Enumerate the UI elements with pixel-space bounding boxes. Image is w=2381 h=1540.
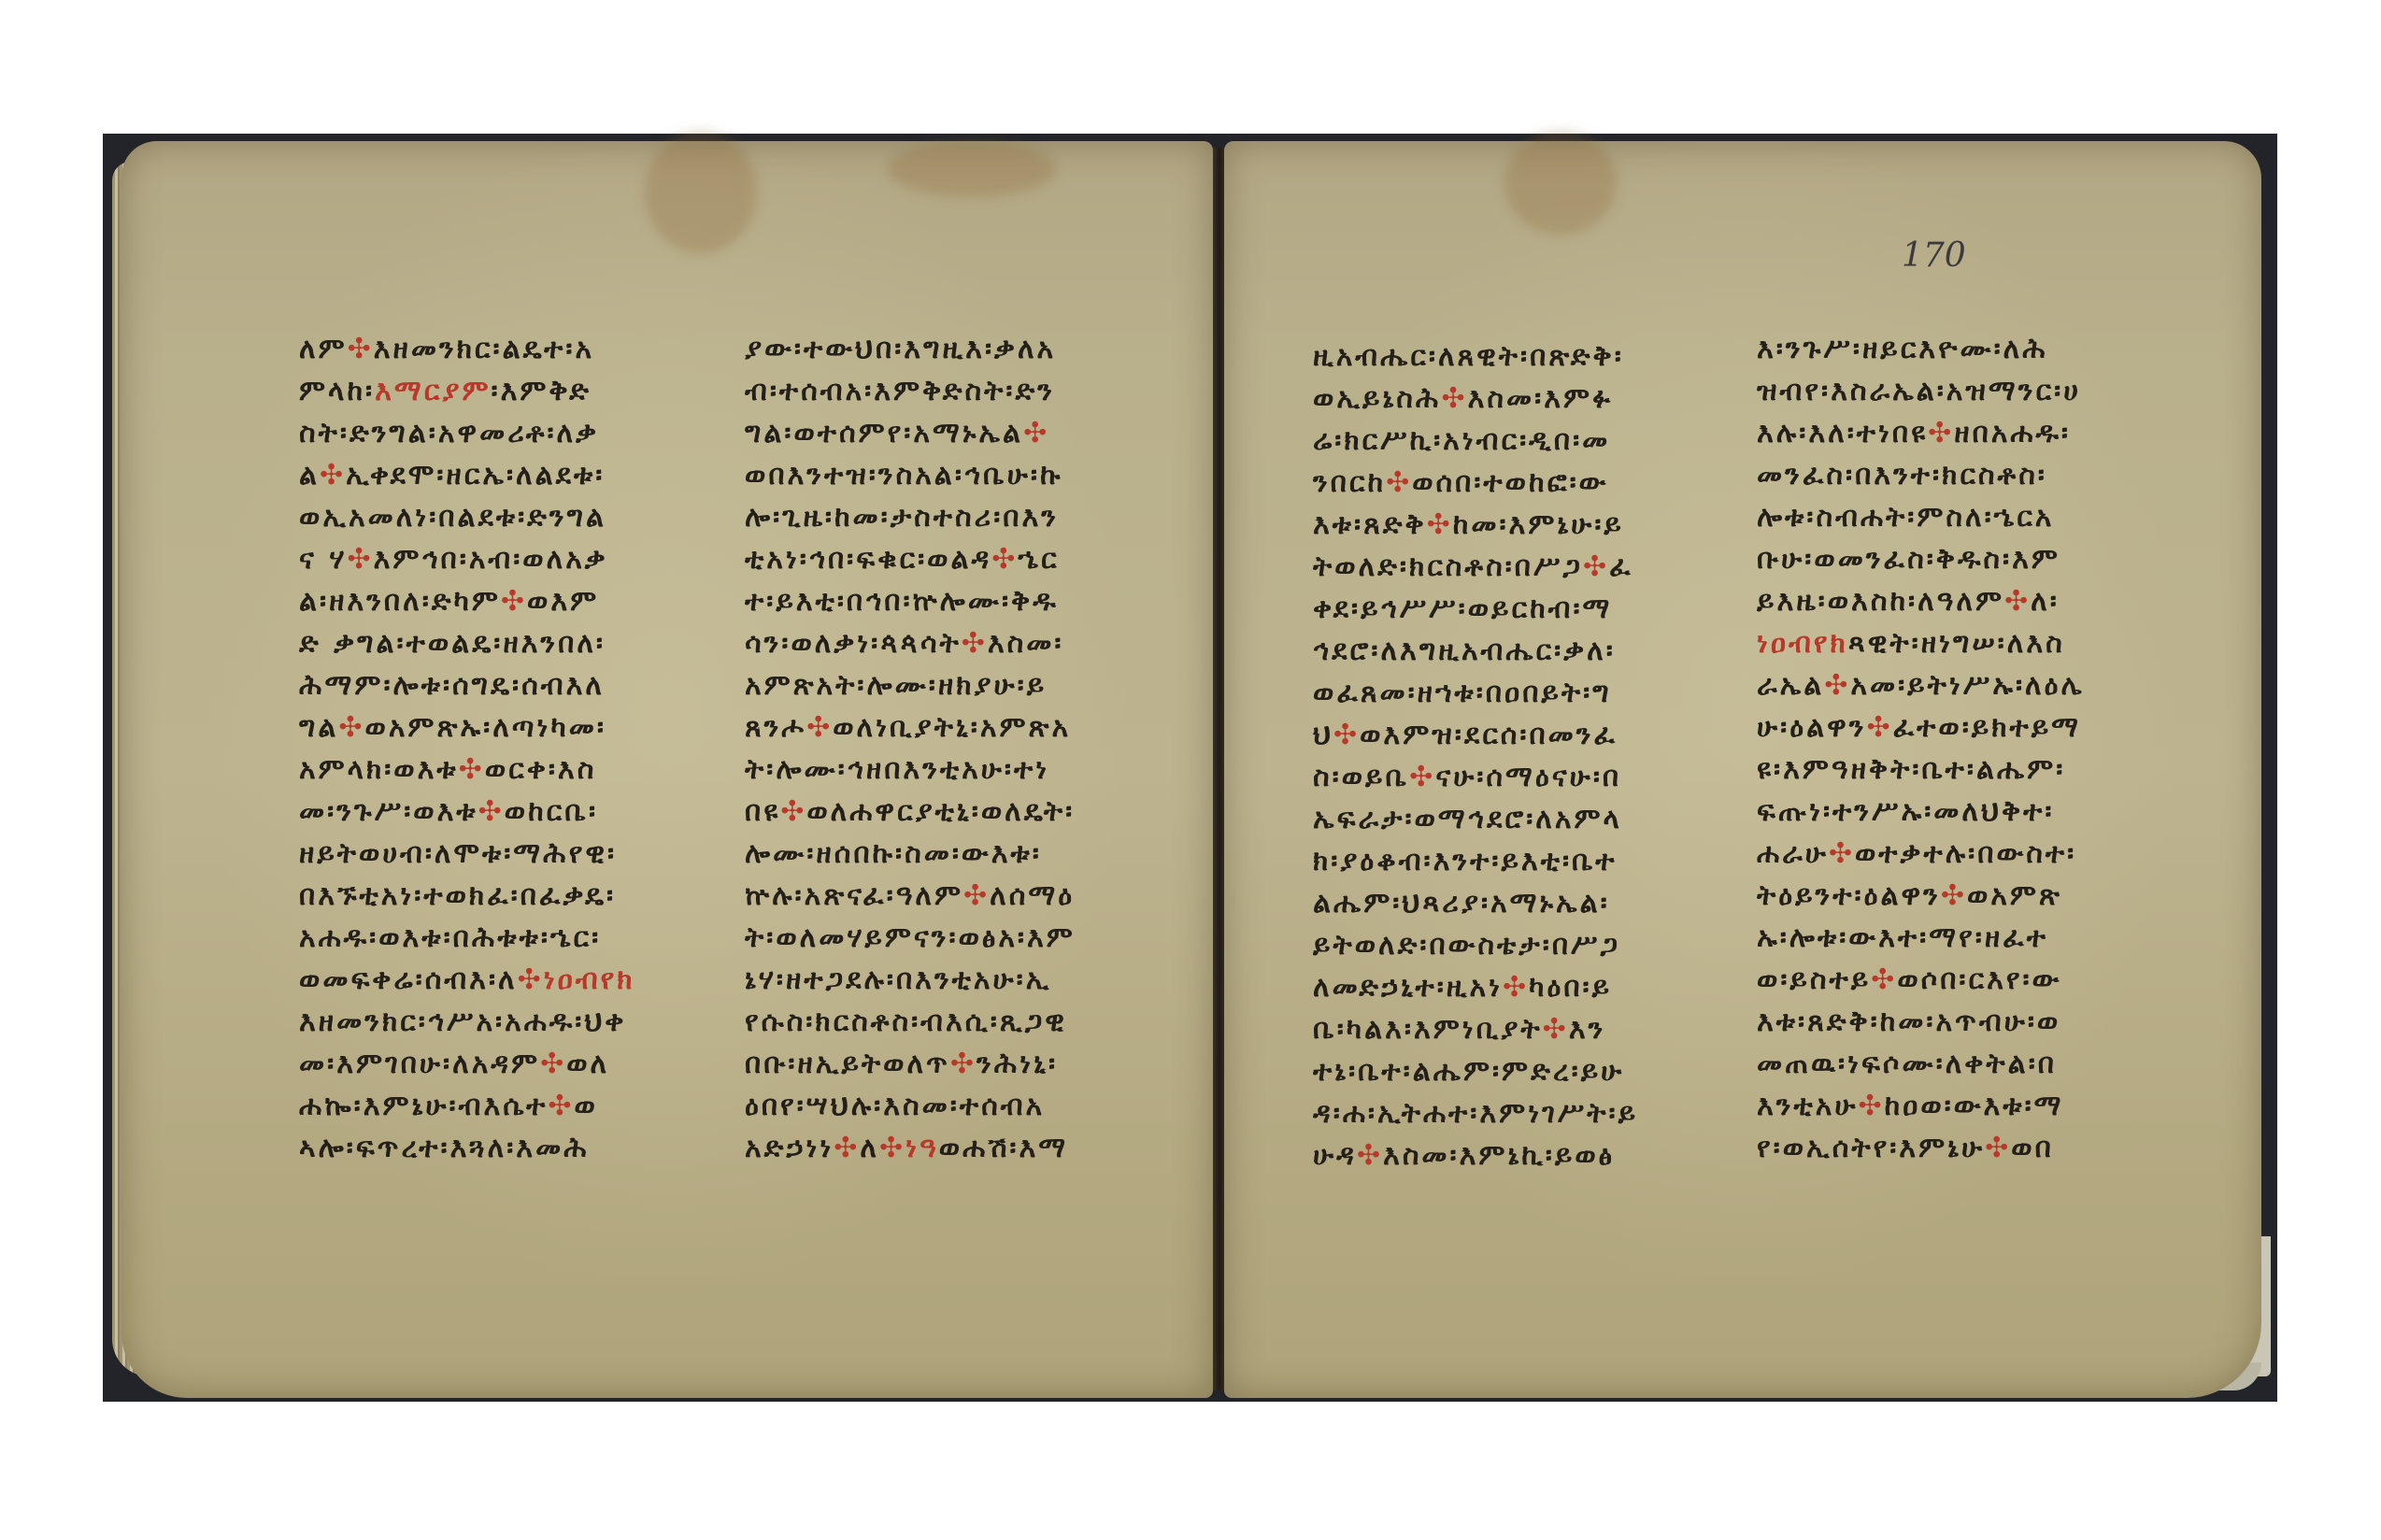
rubric-cross-icon: ✣	[1583, 550, 1609, 583]
manuscript-line: እቱ፡ጸድቅ✣ከመ፡እምኔሁ፡ይ	[1313, 504, 1705, 546]
rubric-cross-icon: ✣	[478, 795, 505, 828]
manuscript-line: ና ሃ✣እምኅበ፡አብ፡ወለአቃ	[299, 538, 710, 580]
rubric-cross-icon: ✣	[1386, 466, 1412, 499]
rubric-cross-icon: ✣	[1824, 669, 1850, 702]
rubric-cross-icon: ✣	[1503, 971, 1529, 1004]
rubric-cross-icon: ✣	[2004, 585, 2031, 618]
manuscript-line: እ፡ንጉሥ፡ዘይርእዮሙ፡ለሕ	[1757, 328, 2159, 370]
rubric-cross-icon: ✣	[338, 711, 364, 744]
manuscript-line: የሱስ፡ክርስቶስ፡ብእሲ፡ጺጋዊ	[745, 1001, 1156, 1043]
manuscript-line: ል✣ኢቀደሞ፡ዘርኤ፡ለልደቱ፡	[299, 454, 710, 496]
manuscript-line: እሉ፡እለ፡ተነበዩ✣ዘበአሐዱ፡	[1757, 412, 2159, 454]
text-column-left-1: ለም✣እዘመንክር፡ልዴተ፡አምላከ፡እማርያም፡እምቅድስት፡ድንግል፡አዋመ…	[299, 328, 710, 1169]
rubric-cross-icon: ✣	[1866, 711, 1892, 744]
rubric-text: ነዐብየክ	[544, 963, 635, 996]
manuscript-line: ተ፡ይእቲ፡በኅበ፡ኵሎሙ፡ቅዱ	[745, 580, 1156, 622]
rubric-cross-icon: ✣	[962, 627, 988, 660]
text-column-right-1: ዚአብሔር፡ለጸዊት፡በጽድቅ፡ወኢይኔስሕ✣እስመ፡እምፉሬ፡ክርሥኪ፡አነብ…	[1313, 335, 1705, 1176]
manuscript-line: መ፡እምገበሁ፡ለአዳም✣ወለ	[299, 1043, 710, 1085]
rubric-cross-icon: ✣	[963, 879, 990, 912]
manuscript-line: በዩ✣ወለሐዋርያቲኒ፡ወለዴት፡	[745, 791, 1156, 833]
manuscript-line: ወበእንተዝ፡ንስአል፡ኅቤሁ፡ኩ	[745, 454, 1156, 496]
manuscript-line: ነዐብየክጻዊት፡ዘነግሠ፡ለእስ	[1757, 622, 2159, 664]
manuscript-line: ኣሎ፡ፍጥረተ፡እጓለ፡እመሕ	[299, 1127, 710, 1169]
manuscript-line: ኔሃ፡ዘተጋደሉ፡በእንቲአሁ፡ኢ	[745, 959, 1156, 1001]
rubric-cross-icon: ✣	[347, 543, 373, 576]
rubric-text: ነዓ	[905, 1132, 939, 1164]
rubric-cross-icon: ✣	[950, 1048, 977, 1080]
manuscript-line: ወ፡ይስተይ✣ወሶበ፡ርእየ፡ው	[1757, 959, 2159, 1001]
manuscript-line: ሁ፡ዕልዋን✣ፈተወ፡ይክተይማ	[1757, 706, 2159, 749]
manuscript-line: ሐራሁ✣ወተቃተሉ፡በውስተ፡	[1757, 833, 2159, 875]
manuscript-line: ስት፡ድንግል፡አዋመሪቶ፡ለቃ	[299, 412, 710, 454]
manuscript-line: ዕበየ፡ሣህሉ፡እስመ፡ተሰብአ	[745, 1085, 1156, 1127]
rubric-cross-icon: ✣	[501, 585, 527, 618]
manuscript-line: ሐኰ፡እምኔሁ፡ብእሴተ✣ወ	[299, 1085, 710, 1127]
manuscript-line: ኵሉ፡አጽናፈ፡ዓለም✣ለሰማዕ	[745, 875, 1156, 917]
manuscript-line: ልሔም፡ህጻሪያ፡አማኑኤል፡	[1313, 882, 1705, 924]
manuscript-line: ግል፡ወተሰምየ፡አማኑኤል✣	[745, 412, 1156, 454]
manuscript-line: ኡ፡ሎቱ፡ውእተ፡ማየ፡ዘፈተ	[1757, 917, 2159, 959]
manuscript-line: አሐዱ፡ወእቱ፡በሕቱቱ፡ኄር፡	[299, 917, 710, 959]
manuscript-line: ወመፍቀሬ፡ሰብእ፡ለ✣ነዐብየክ	[299, 959, 710, 1001]
text-column-left-2: ያው፡ተውህበ፡እግዚእ፡ቃለአብ፡ተሰብአ፡እምቅድስት፡ድንግል፡ወተሰምየ…	[745, 328, 1156, 1169]
manuscript-line: ይእዜ፡ወእስከ፡ለዓለም✣ለ፡	[1757, 580, 2159, 622]
manuscript-line: ትዕይንተ፡ዕልዋን✣ወአምጽ	[1757, 875, 2159, 917]
rubric-text: እማርያም	[375, 375, 491, 407]
manuscript-line: ግል✣ወአምጽኡ፡ለጣነካመ፡	[299, 706, 710, 749]
manuscript-line: ሎቱ፡ስብሐት፡ምስለ፡ኄርአ	[1757, 496, 2159, 538]
manuscript-line: ፍጡነ፡ተንሥኡ፡መለህቅተ፡	[1757, 791, 2159, 833]
manuscript-line: ሕማም፡ሎቱ፡ሰግዴ፡ሰብእለ	[299, 664, 710, 706]
manuscript-line: መ፡ንጉሥ፡ወእቱ✣ወከርቤ፡	[299, 791, 710, 833]
water-stain	[645, 132, 757, 253]
manuscript-line: እዘመንክር፡ኅሥአ፡አሐዱ፡ህቀ	[299, 1001, 710, 1043]
manuscript-line: ቲአነ፡ኅበ፡ፍቁር፡ወልዳ✣ኄር	[745, 538, 1156, 580]
manuscript-line: ሳን፡ወለቃነ፡ጳጳሳት✣እስመ፡	[745, 622, 1156, 664]
water-stain	[888, 141, 1056, 197]
manuscript-line: ሬ፡ክርሥኪ፡አነብር፡ዲበ፡መ	[1313, 420, 1705, 462]
rubric-cross-icon: ✣	[548, 1090, 574, 1122]
manuscript-line: በቡ፡ዘኢይትወለጥ✣ንሕነኒ፡	[745, 1043, 1156, 1085]
scan-backdrop: ለም✣እዘመንክር፡ልዴተ፡አምላከ፡እማርያም፡እምቅድስት፡ድንግል፡አዋመ…	[103, 134, 2277, 1402]
manuscript-line: እቱ፡ጸድቅ፡ከመ፡አጥብሁ፡ወ	[1757, 1001, 2159, 1043]
manuscript-line: ድ ቃግል፡ተወልዴ፡ዘእንበለ፡	[299, 622, 710, 664]
rubric-cross-icon: ✣	[879, 1132, 905, 1164]
manuscript-line: ስ፡ወይቤ✣ናሁ፡ሰማዕናሁ፡በ	[1313, 756, 1705, 798]
rubric-cross-icon: ✣	[834, 1132, 860, 1164]
manuscript-line: ንበርከ✣ወሰበ፡ተወከፎ፡ው	[1313, 462, 1705, 504]
rubric-cross-icon: ✣	[1941, 879, 1967, 912]
manuscript-line: ቡሁ፡ወመንፈስ፡ቅዱስ፡እም	[1757, 538, 2159, 580]
manuscript-line: መንፈስ፡በእንተ፡ክርስቶስ፡	[1757, 454, 2159, 496]
manuscript-line: ወፈጸመ፡ዘኀቱ፡በዐበይት፡ግ	[1313, 672, 1705, 714]
manuscript-line: ለመድኃኒተ፡ዚአነ✣ካዕበ፡ይ	[1313, 966, 1705, 1008]
rubric-cross-icon: ✣	[1928, 417, 1954, 449]
manuscript-line: ይትወለድ፡በውስቴታ፡በሥጋ	[1313, 924, 1705, 966]
manuscript-line: ያው፡ተውህበ፡እግዚእ፡ቃለአ	[745, 328, 1156, 370]
rubric-cross-icon: ✣	[1858, 1090, 1884, 1122]
manuscript-line: ክ፡ያዕቆብ፡እንተ፡ይእቲ፡ቤተ	[1313, 840, 1705, 882]
manuscript-line: ህ✣ወእምዝ፡ደርሰ፡በመንፈ	[1313, 714, 1705, 756]
manuscript-line: ትወለድ፡ክርስቶስ፡በሥጋ✣ፈ	[1313, 546, 1705, 588]
manuscript-line: ምላከ፡እማርያም፡እምቅድ	[299, 370, 710, 412]
rubric-cross-icon: ✣	[459, 753, 485, 786]
text-column-right-2: እ፡ንጉሥ፡ዘይርእዮሙ፡ለሕዝብየ፡እስራኤል፡አዝማንር፡ሀእሉ፡እለ፡ተነ…	[1757, 328, 2159, 1169]
manuscript-line: ዚአብሔር፡ለጸዊት፡በጽድቅ፡	[1313, 335, 1705, 378]
manuscript-line: ወኢይኔስሕ✣እስመ፡እምፉ	[1313, 378, 1705, 420]
manuscript-line: አድኃነነ✣ለ✣ነዓወሐሽ፡እማ	[745, 1127, 1156, 1169]
manuscript-line: እንቲአሁ✣ከዐወ፡ውእቱ፡ማ	[1757, 1085, 2159, 1127]
manuscript-line: ዘይትወሀብ፡ለሞቱ፡ማሕየዊ፡	[299, 833, 710, 875]
rubric-cross-icon: ✣	[348, 333, 374, 365]
manuscript-line: አምላክ፡ወእቱ✣ወርቀ፡እስ	[299, 749, 710, 791]
rubric-cross-icon: ✣	[780, 795, 806, 828]
rubric-cross-icon: ✣	[1441, 382, 1467, 415]
rubric-cross-icon: ✣	[1409, 761, 1435, 793]
rubric-cross-icon: ✣	[1427, 508, 1453, 541]
rubric-cross-icon: ✣	[518, 963, 544, 996]
manuscript-line: ወኢአመለነ፡በልደቱ፡ድንግል	[299, 496, 710, 538]
manuscript-line: ሎ፡ጊዜ፡ከመ፡ታስተስሪ፡በእን	[745, 496, 1156, 538]
manuscript-line: ት፡ወለመሃይምናን፡ወፅአ፡እም	[745, 917, 1156, 959]
rubric-cross-icon: ✣	[1829, 837, 1855, 870]
manuscript-line: ዝብየ፡እስራኤል፡አዝማንር፡ሀ	[1757, 370, 2159, 412]
manuscript-line: በእኙቲአነ፡ተወክፈ፡በፈቃዴ፡	[299, 875, 710, 917]
rubric-cross-icon: ✣	[1543, 1013, 1569, 1046]
manuscript-line: ጸንሖ✣ወለነቢያትኒ፡አምጽአ	[745, 706, 1156, 749]
rubric-cross-icon: ✣	[1333, 719, 1360, 751]
manuscript-line: ኤፍራታ፡ወማኅደሮ፡ለአምላ	[1313, 798, 1705, 840]
rubric-cross-icon: ✣	[806, 711, 833, 744]
manuscript-line: ለም✣እዘመንክር፡ልዴተ፡አ	[299, 328, 710, 370]
rubric-cross-icon: ✣	[1357, 1139, 1383, 1172]
rubric-cross-icon: ✣	[1871, 963, 1897, 996]
manuscript-line: ቤ፡ካልእ፡እምነቢያት✣እን	[1313, 1008, 1705, 1050]
folio-number: 170	[1902, 236, 1966, 275]
manuscript-line: መጠዉ፡ነፍሶሙ፡ለቀትል፡በ	[1757, 1043, 2159, 1085]
manuscript-line: ዩ፡እምዓዘቅት፡ቤተ፡ልሔም፡	[1757, 749, 2159, 791]
water-stain	[1504, 132, 1617, 235]
manuscript-line: ቀደ፡ይኅሥሥ፡ወይርከብ፡ማ	[1313, 588, 1705, 630]
manuscript-line: የ፡ወኢሰትየ፡እምኔሁ✣ወበ	[1757, 1127, 2159, 1169]
manuscript-line: ሁዳ✣እስመ፡እምኔኪ፡ይወፅ	[1313, 1134, 1705, 1176]
rubric-cross-icon: ✣	[540, 1048, 566, 1080]
manuscript-line: ሎሙ፡ዘሰበኩ፡ስመ፡ውእቱ፡	[745, 833, 1156, 875]
manuscript-line: ብ፡ተሰብአ፡እምቅድስት፡ድን	[745, 370, 1156, 412]
manuscript-line: ራኤል✣አመ፡ይትነሥኡ፡ለዕሌ	[1757, 664, 2159, 706]
manuscript-line: አምጽአት፡ሎሙ፡ዘክያሁ፡ይ	[745, 664, 1156, 706]
right-page: ዚአብሔር፡ለጸዊት፡በጽድቅ፡ወኢይኔስሕ✣እስመ፡እምፉሬ፡ክርሥኪ፡አነብ…	[1224, 141, 2261, 1398]
left-page: ለም✣እዘመንክር፡ልዴተ፡አምላከ፡እማርያም፡እምቅድስት፡ድንግል፡አዋመ…	[121, 141, 1213, 1398]
rubric-cross-icon: ✣	[991, 543, 1018, 576]
manuscript-line: ዳ፡ሐ፡ኢትሐተ፡እምነገሥት፡ይ	[1313, 1092, 1705, 1134]
manuscript-line: ተኔ፡ቤተ፡ልሔም፡ምድረ፡ይሁ	[1313, 1050, 1705, 1092]
rubric-cross-icon: ✣	[1023, 417, 1049, 449]
manuscript-line: ል፡ዘእንበለ፡ድካም✣ወእም	[299, 580, 710, 622]
manuscript-line: ኅደሮ፡ለእግዚአብሔር፡ቃለ፡	[1313, 630, 1705, 672]
rubric-cross-icon: ✣	[320, 459, 346, 492]
rubric-cross-icon: ✣	[1985, 1132, 2011, 1164]
manuscript-line: ት፡ሎሙ፡ኅዘበእንቲአሁ፡ተነ	[745, 749, 1156, 791]
rubric-text: ነዐብየክ	[1757, 627, 1848, 660]
